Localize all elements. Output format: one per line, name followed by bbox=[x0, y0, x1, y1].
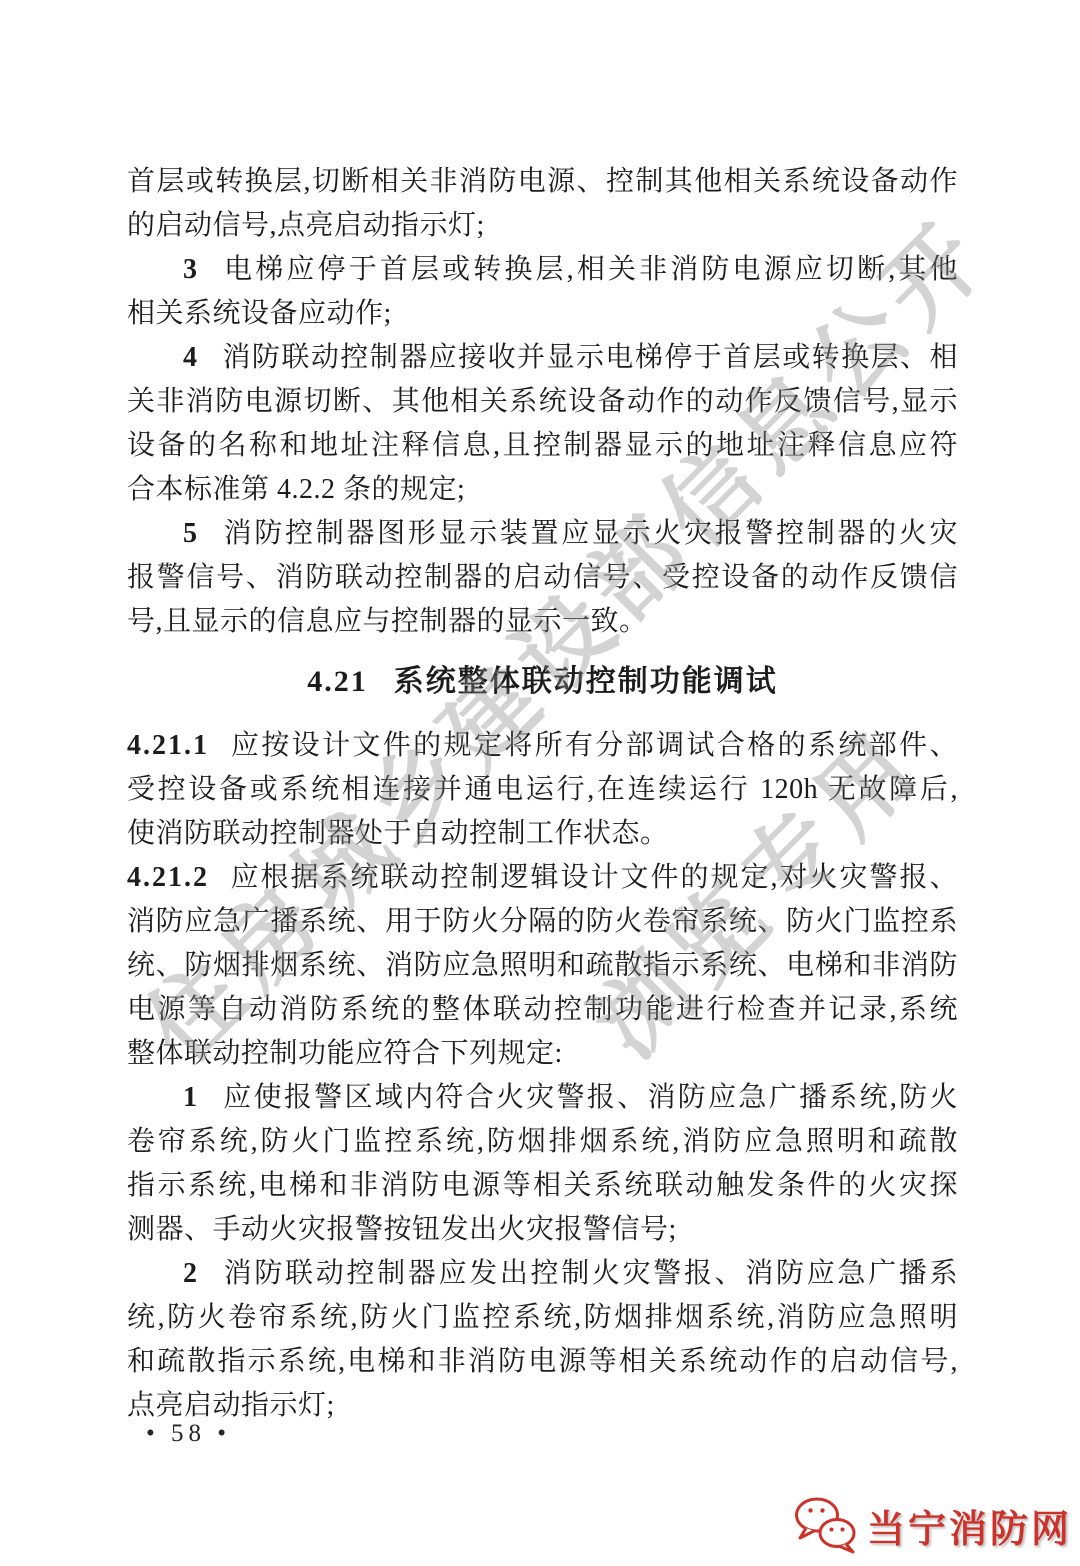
text-line: 5消防控制器图形显示装置应显示火灾报警控制器的火灾 bbox=[127, 512, 958, 556]
text-line: 相关系统设备应动作; bbox=[127, 292, 958, 336]
text-line: 受控设备或系统相连接并通电运行,在连续运行 120h 无故障后, bbox=[127, 768, 958, 812]
line-text: 关非消防电源切断、其他相关系统设备动作的动作反馈信号,显示 bbox=[127, 386, 958, 417]
line-text: 卷帘系统,防火门监控系统,防烟排烟系统,消防应急照明和疏散 bbox=[127, 1126, 958, 1157]
paragraph: 2消防联动控制器应发出控制火灾警报、消防应急广播系统,防火卷帘系统,防火门监控系… bbox=[127, 1252, 958, 1428]
paragraph: 3电梯应停于首层或转换层,相关非消防电源应切断,其他相关系统设备应动作; bbox=[127, 248, 958, 336]
line-text: 设备的名称和地址注释信息,且控制器显示的地址注释信息应符 bbox=[127, 430, 958, 461]
line-text: 统,防火卷帘系统,防火门监控系统,防烟排烟系统,消防应急照明 bbox=[127, 1302, 958, 1333]
item-number: 5 bbox=[183, 518, 198, 549]
line-text: 点亮启动指示灯; bbox=[127, 1390, 335, 1421]
paragraph: 5消防控制器图形显示装置应显示火灾报警控制器的火灾报警信号、消防联动控制器的启动… bbox=[127, 512, 958, 644]
text-line: 1应使报警区域内符合火灾警报、消防应急广播系统,防火 bbox=[127, 1076, 958, 1120]
line-text: 应根据系统联动控制逻辑设计文件的规定,对火灾警报、 bbox=[229, 862, 958, 893]
paragraph: 1应使报警区域内符合火灾警报、消防应急广播系统,防火卷帘系统,防火门监控系统,防… bbox=[127, 1076, 958, 1252]
item-number: 2 bbox=[183, 1258, 198, 1289]
line-text: 消防控制器图形显示装置应显示火灾报警控制器的火灾 bbox=[222, 518, 959, 549]
line-text: 消防应急广播系统、用于防火分隔的防火卷帘系统、防火门监控系 bbox=[127, 906, 958, 937]
paragraph: 首层或转换层,切断相关非消防电源、控制其他相关系统设备动作的启动信号,点亮启动指… bbox=[127, 160, 958, 248]
line-text: 电梯应停于首层或转换层,相关非消防电源应切断,其他 bbox=[222, 254, 959, 285]
text-line: 报警信号、消防联动控制器的启动信号、受控设备的动作反馈信 bbox=[127, 556, 958, 600]
line-text: 应使报警区域内符合火灾警报、消防应急广播系统,防火 bbox=[222, 1082, 959, 1113]
item-number: 1 bbox=[183, 1082, 198, 1113]
text-line: 2消防联动控制器应发出控制火灾警报、消防应急广播系 bbox=[127, 1252, 958, 1296]
site-logo: 当宁消防网 bbox=[793, 1496, 1072, 1554]
document-content: 首层或转换层,切断相关非消防电源、控制其他相关系统设备动作的启动信号,点亮启动指… bbox=[127, 160, 958, 1428]
paragraph: 4消防联动控制器应接收并显示电梯停于首层或转换层、相关非消防电源切断、其他相关系… bbox=[127, 336, 958, 512]
line-text: 使消防联动控制器处于自动控制工作状态。 bbox=[127, 818, 669, 849]
line-text: 首层或转换层,切断相关非消防电源、控制其他相关系统设备动作 bbox=[127, 166, 958, 197]
item-number: 3 bbox=[183, 254, 198, 285]
text-line: 使消防联动控制器处于自动控制工作状态。 bbox=[127, 812, 958, 856]
text-line: 4.21.1应按设计文件的规定将所有分部调试合格的系统部件、 bbox=[127, 724, 958, 768]
section-heading: 4.21系统整体联动控制功能调试 bbox=[127, 660, 958, 704]
paragraph: 4.21.1应按设计文件的规定将所有分部调试合格的系统部件、受控设备或系统相连接… bbox=[127, 724, 958, 856]
text-line: 点亮启动指示灯; bbox=[127, 1384, 958, 1428]
line-text: 报警信号、消防联动控制器的启动信号、受控设备的动作反馈信 bbox=[127, 562, 958, 593]
line-text: 消防联动控制器应发出控制火灾警报、消防应急广播系 bbox=[222, 1258, 959, 1289]
wechat-chat-bubbles-icon bbox=[793, 1496, 859, 1554]
text-line: 首层或转换层,切断相关非消防电源、控制其他相关系统设备动作 bbox=[127, 160, 958, 204]
text-line: 关非消防电源切断、其他相关系统设备动作的动作反馈信号,显示 bbox=[127, 380, 958, 424]
text-line: 4.21.2应根据系统联动控制逻辑设计文件的规定,对火灾警报、 bbox=[127, 856, 958, 900]
line-text: 和疏散指示系统,电梯和非消防电源等相关系统动作的启动信号, bbox=[127, 1346, 958, 1377]
text-line: 号,且显示的信息应与控制器的显示一致。 bbox=[127, 600, 958, 644]
text-line: 合本标准第 4.2.2 条的规定; bbox=[127, 468, 958, 512]
document-page: 住房城乡建设部信息公开 浏览专用 首层或转换层,切断相关非消防电源、控制其他相关… bbox=[0, 0, 1080, 1566]
item-number: 4 bbox=[183, 342, 198, 373]
line-text: 整体联动控制功能应符合下列规定: bbox=[127, 1038, 563, 1069]
page-number: • 58 • bbox=[146, 1420, 231, 1448]
line-text: 的启动信号,点亮启动指示灯; bbox=[127, 210, 485, 241]
line-text: 相关系统设备应动作; bbox=[127, 298, 392, 329]
line-text: 消防联动控制器应接收并显示电梯停于首层或转换层、相 bbox=[222, 342, 959, 373]
item-number: 4.21.1 bbox=[127, 730, 209, 761]
line-text: 测器、手动火灾报警按钮发出火灾报警信号; bbox=[127, 1214, 677, 1245]
text-line: 指示系统,电梯和非消防电源等相关系统联动触发条件的火灾探 bbox=[127, 1164, 958, 1208]
text-line: 电源等自动消防系统的整体联动控制功能进行检查并记录,系统 bbox=[127, 988, 958, 1032]
section-number: 4.21 bbox=[307, 665, 368, 698]
line-text: 电源等自动消防系统的整体联动控制功能进行检查并记录,系统 bbox=[127, 994, 958, 1025]
text-line: 的启动信号,点亮启动指示灯; bbox=[127, 204, 958, 248]
section-title: 系统整体联动控制功能调试 bbox=[394, 665, 778, 698]
line-text: 指示系统,电梯和非消防电源等相关系统联动触发条件的火灾探 bbox=[127, 1170, 958, 1201]
text-line: 3电梯应停于首层或转换层,相关非消防电源应切断,其他 bbox=[127, 248, 958, 292]
text-line: 消防应急广播系统、用于防火分隔的防火卷帘系统、防火门监控系 bbox=[127, 900, 958, 944]
line-text: 号,且显示的信息应与控制器的显示一致。 bbox=[127, 606, 648, 637]
line-text: 受控设备或系统相连接并通电运行,在连续运行 120h 无故障后, bbox=[127, 774, 958, 805]
line-text: 统、防烟排烟系统、消防应急照明和疏散指示系统、电梯和非消防 bbox=[127, 950, 958, 981]
text-line: 4消防联动控制器应接收并显示电梯停于首层或转换层、相 bbox=[127, 336, 958, 380]
line-text: 应按设计文件的规定将所有分部调试合格的系统部件、 bbox=[229, 730, 958, 761]
item-number: 4.21.2 bbox=[127, 862, 209, 893]
text-line: 和疏散指示系统,电梯和非消防电源等相关系统动作的启动信号, bbox=[127, 1340, 958, 1384]
logo-text: 当宁消防网 bbox=[867, 1498, 1072, 1553]
text-line: 卷帘系统,防火门监控系统,防烟排烟系统,消防应急照明和疏散 bbox=[127, 1120, 958, 1164]
text-line: 测器、手动火灾报警按钮发出火灾报警信号; bbox=[127, 1208, 958, 1252]
paragraph: 4.21.2应根据系统联动控制逻辑设计文件的规定,对火灾警报、消防应急广播系统、… bbox=[127, 856, 958, 1076]
text-line: 统、防烟排烟系统、消防应急照明和疏散指示系统、电梯和非消防 bbox=[127, 944, 958, 988]
text-line: 统,防火卷帘系统,防火门监控系统,防烟排烟系统,消防应急照明 bbox=[127, 1296, 958, 1340]
text-line: 整体联动控制功能应符合下列规定: bbox=[127, 1032, 958, 1076]
text-line: 设备的名称和地址注释信息,且控制器显示的地址注释信息应符 bbox=[127, 424, 958, 468]
line-text: 合本标准第 4.2.2 条的规定; bbox=[127, 474, 465, 505]
